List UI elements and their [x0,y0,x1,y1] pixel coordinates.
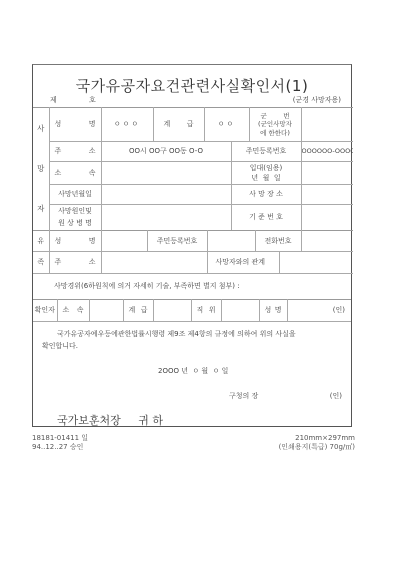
doc-no-suffix: 호 [89,95,96,105]
deceased-name-label: 성명 [49,108,101,142]
form-title: 국가유공자요건관련사실확인서(1) [33,75,351,96]
confirmer-unit-value[interactable] [89,300,123,322]
confirmer-position-value[interactable] [221,300,259,322]
recipient: 국가보훈처장 귀 하 [33,412,351,428]
issuer-seal: (인) [330,391,342,401]
confirmer-position-label: 직위 [191,300,221,322]
death-date-label: 사망년월일 [49,185,101,205]
family-section-label-2: 족 [33,252,49,274]
criteria-no-value[interactable] [301,205,353,231]
deceased-address-label: 주소 [49,142,101,162]
family-table: 유 성명 주민등록번호 전화번호 족 주소 사망자와의 관계 [33,230,353,274]
family-rrn-value[interactable] [207,231,255,252]
deceased-rank-label: 계급 [153,108,204,142]
circumstances-field[interactable]: 사망경위(6하원칙에 의거 자세히 기술, 부족하면 별지 첨부) : [33,273,351,300]
footer-left: 18181-01411 일 94..12..27 승인 [32,434,88,452]
family-rrn-label: 주민등록번호 [147,231,207,252]
deceased-table: 사 망 자 성명 ㅇㅇㅇ 계급 ㅇㅇ 군 번 (군인사망자 에 한한다) 주소 … [33,107,353,231]
family-phone-value[interactable] [301,231,353,252]
doc-no-label: 제 [50,95,57,105]
paper-size: 210mm×297mm [279,434,355,443]
relation-label: 사망자와의 관계 [207,252,279,274]
family-phone-label: 전화번호 [255,231,301,252]
confirmer-rank-value[interactable] [153,300,191,322]
family-name-label: 성명 [49,231,101,252]
statement-line-2: 확인합니다. [33,341,351,351]
death-date-value[interactable] [101,185,231,205]
death-place-label: 사 망 장 소 [231,185,301,205]
death-cause-value[interactable] [101,205,231,231]
deceased-name-value[interactable]: ㅇㅇㅇ [101,108,153,142]
deceased-rrn-value[interactable]: OOOOOO-OOOOOOO [301,142,353,162]
issuer-title: 구청의 장 [33,391,351,401]
enlist-date-label: 입대(임용) 년 월 일 [231,162,301,185]
issue-date: 2OOO 년 ㅇ 월 ㅇ 일 [33,366,351,376]
confirmer-unit-label: 소속 [57,300,89,322]
family-section-label-1: 유 [33,231,49,252]
confirmer-rank-label: 계급 [123,300,153,322]
confirmer-seal[interactable]: (인) [287,300,351,322]
footer-right: 210mm×297mm (인쇄용지(특급) 70g/㎡) [279,434,355,452]
service-no-value[interactable] [301,108,353,142]
family-address-label: 주소 [49,252,101,274]
confirmer-table: 확인자 소속 계급 직위 성명 (인) [33,299,351,322]
form-code: 18181-01411 일 [32,434,88,443]
enlist-date-value[interactable] [301,162,353,185]
service-no-label: 군 번 (군인사망자 에 한한다) [249,108,301,142]
paper-spec: (인쇄용지(특급) 70g/㎡) [279,443,355,452]
form-subtitle: (군경 사망자용) [293,95,341,105]
death-cause-label: 사망원인및 원 상 병 명 [49,205,101,231]
confirmation-form: 국가유공자요건관련사실확인서(1) 제 호 (군경 사망자용) 사 망 자 성명… [32,64,352,427]
statement-line-1: 국가유공자예우등에관한법률시행령 제9조 제4항의 규정에 의하여 위의 사실을 [33,329,351,339]
family-name-value[interactable] [101,231,147,252]
confirmer-name-label: 성명 [259,300,287,322]
approval-date: 94..12..27 승인 [32,443,88,452]
death-place-value[interactable] [301,185,353,205]
deceased-section-label: 사 망 자 [33,108,49,231]
deceased-address-value[interactable]: OO시 OO구 OO동 O-O [101,142,231,162]
deceased-rank-value[interactable]: ㅇㅇ [204,108,249,142]
deceased-unit-label: 소속 [49,162,101,185]
criteria-no-label: 기 준 번 호 [231,205,301,231]
confirmer-label: 확인자 [33,300,57,322]
family-address-value[interactable] [101,252,207,274]
deceased-rrn-label: 주민등록번호 [231,142,301,162]
relation-value[interactable] [279,252,353,274]
deceased-unit-value[interactable] [101,162,231,185]
circumstances-label: 사망경위(6하원칙에 의거 자세히 기술, 부족하면 별지 첨부) : [54,281,240,291]
